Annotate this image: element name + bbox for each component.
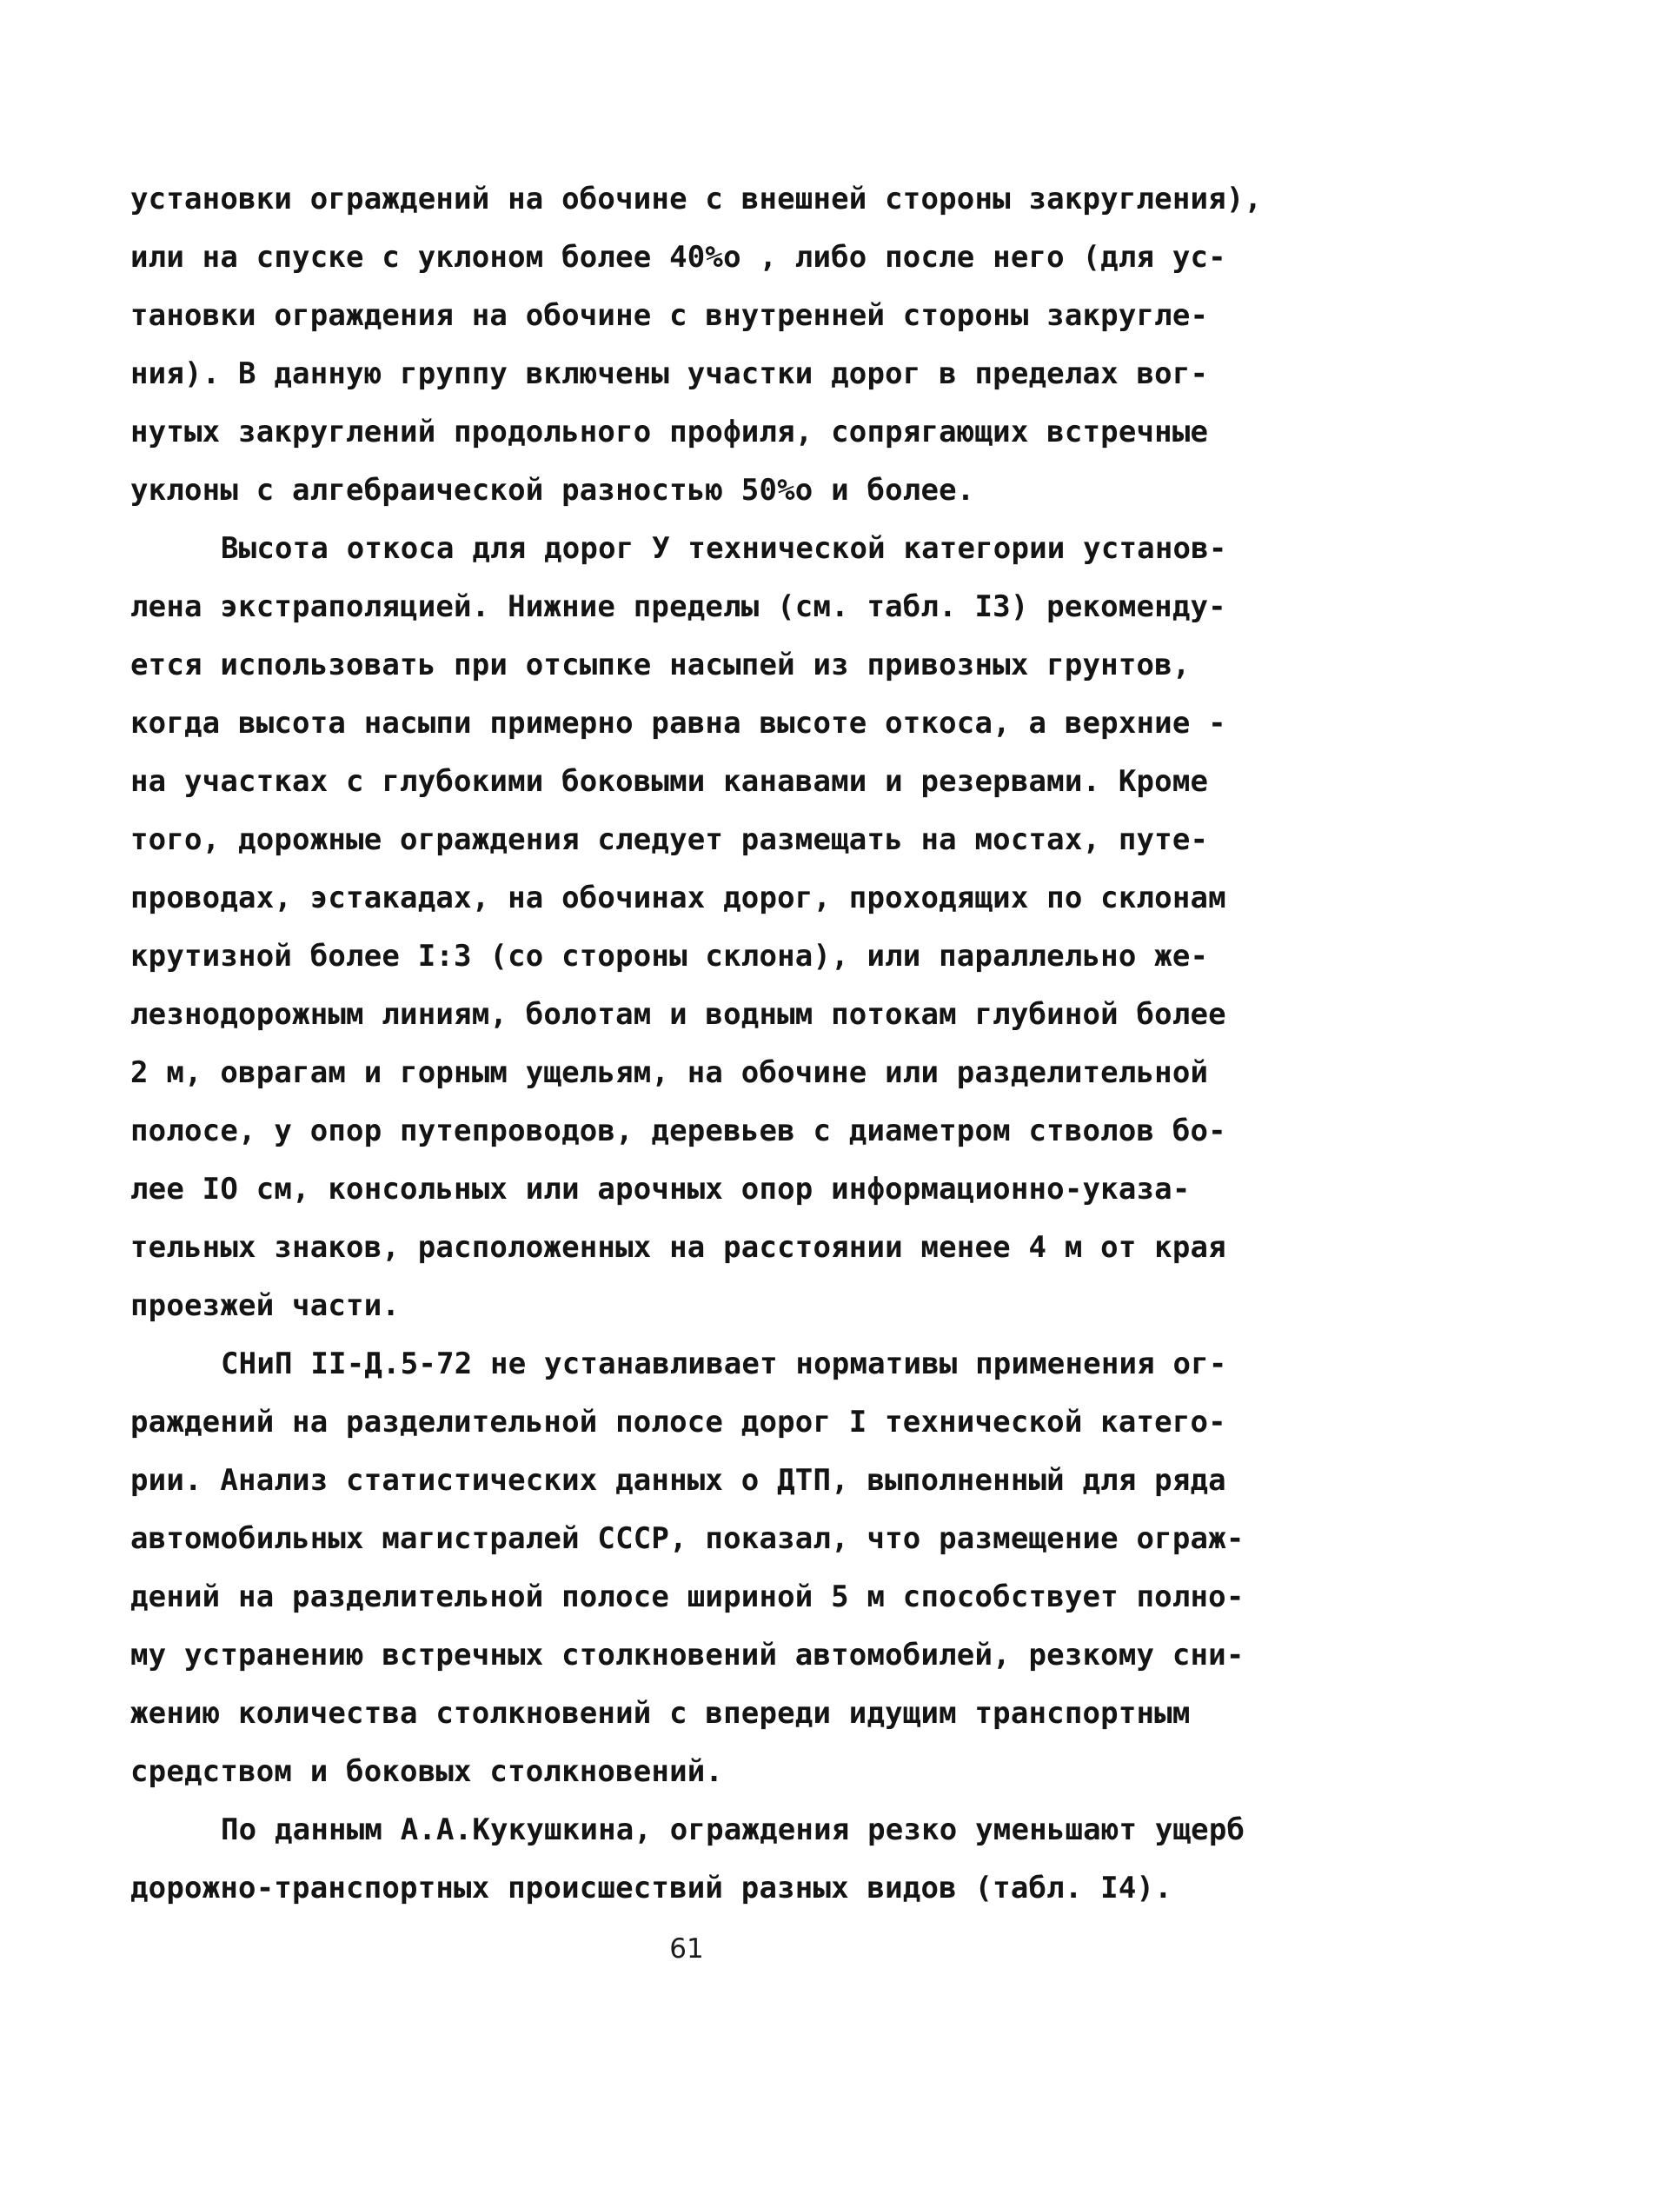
text-line: ется использовать при отсыпке насыпей из… bbox=[130, 636, 1260, 695]
text-line: на участках с глубокими боковыми канавам… bbox=[130, 753, 1260, 811]
text-line: дений на разделительной полосе шириной 5… bbox=[130, 1568, 1260, 1626]
text-line: тановки ограждения на обочине с внутренн… bbox=[130, 287, 1260, 345]
text-line: уклоны с алгебраической разностью 50%о и… bbox=[130, 462, 1260, 520]
text-line: проводах, эстакадах, на обочинах дорог, … bbox=[130, 869, 1260, 928]
text-line: или на спуске с уклоном более 40%о , либ… bbox=[130, 229, 1260, 287]
text-line: средством и боковых столкновений. bbox=[130, 1743, 1260, 1801]
text-line: тельных знаков, расположенных на расстоя… bbox=[130, 1219, 1260, 1277]
document-page: установки ограждений на обочине с внешне… bbox=[0, 0, 1680, 2188]
text-line: полосе, у опор путепроводов, деревьев с … bbox=[130, 1102, 1260, 1161]
text-line: му устранению встречных столкновений авт… bbox=[130, 1626, 1260, 1685]
text-line: жению количества столкновений с впереди … bbox=[130, 1685, 1260, 1743]
text-line: дорожно-транспортных происшествий разных… bbox=[130, 1859, 1260, 1918]
text-line: лее IO см, консольных или арочных опор и… bbox=[130, 1161, 1260, 1219]
text-line: крутизной более I:3 (со стороны склона),… bbox=[130, 928, 1260, 986]
text-line: лезнодорожным линиям, болотам и водным п… bbox=[130, 986, 1260, 1044]
text-line: проезжей части. bbox=[130, 1277, 1260, 1335]
text-line: нутых закруглений продольного профиля, с… bbox=[130, 403, 1260, 462]
text-line: СНиП II-Д.5-72 не устанавливает норматив… bbox=[130, 1335, 1260, 1393]
text-line: По данным А.А.Кукушкина, ограждения резк… bbox=[130, 1801, 1260, 1859]
text-line: раждений на разделительной полосе дорог … bbox=[130, 1393, 1260, 1452]
text-line: рии. Анализ статистических данных о ДТП,… bbox=[130, 1452, 1260, 1510]
text-line: того, дорожные ограждения следует размещ… bbox=[130, 811, 1260, 869]
text-line: Высота откоса для дорог У технической ка… bbox=[130, 520, 1260, 578]
text-line: 2 м, оврагам и горным ущельям, на обочин… bbox=[130, 1044, 1260, 1102]
text-line: установки ограждений на обочине с внешне… bbox=[130, 170, 1260, 229]
text-line: лена экстраполяцией. Нижние пределы (см.… bbox=[130, 578, 1260, 636]
text-line: автомобильных магистралей СССР, показал,… bbox=[130, 1510, 1260, 1568]
text-line: ния). В данную группу включены участки д… bbox=[130, 345, 1260, 403]
text-line: когда высота насыпи примерно равна высот… bbox=[130, 695, 1260, 753]
text-block: установки ограждений на обочине с внешне… bbox=[130, 170, 1260, 1918]
page-number: 61 bbox=[130, 1933, 1243, 1965]
